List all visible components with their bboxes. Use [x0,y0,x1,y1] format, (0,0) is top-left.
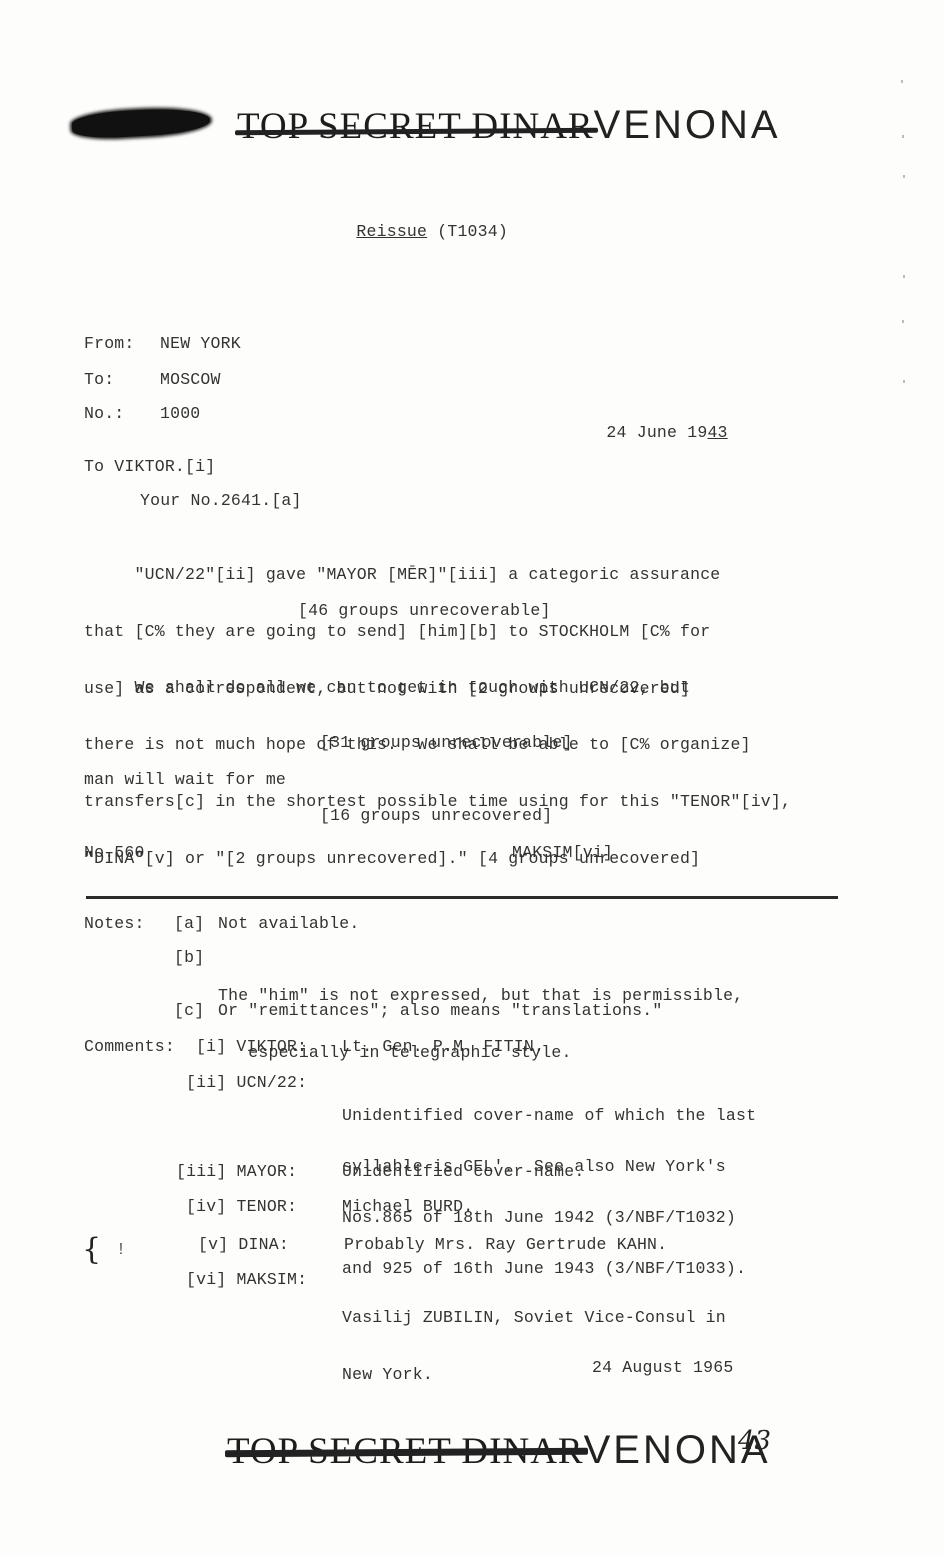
document-page: TOP SECRET DINARVENONA Reissue (T1034) F… [0,0,944,1555]
number-value: 1000 [160,404,200,423]
note-c-text: Or "remittances"; also means "translatio… [218,1001,662,1020]
comment-iii-text: Unidentified cover-name. [342,1162,584,1181]
to-label: To: [84,370,114,389]
divider-rule [86,896,838,899]
struck-classification: TOP SECRET DINAR [227,1430,584,1473]
to-value: MOSCOW [160,370,221,389]
redaction-mark [71,106,210,139]
date-year: 43 [707,423,727,442]
note-a-ref: [a] [174,914,204,933]
notes-label: Notes: [84,914,145,933]
text-line: Vasilij ZUBILIN, Soviet Vice-Consul in [342,1308,726,1327]
margin-bracket-mark: { [82,1232,101,1267]
issue-date: 24 August 1965 [592,1358,733,1377]
scan-speckle [903,175,905,178]
scan-speckle [901,80,903,83]
from-label: From: [84,334,135,353]
text-line: that [C% they are going to send] [him][b… [84,622,720,641]
classification-header: TOP SECRET DINARVENONA [196,60,781,191]
text-line: "DINA"[v] or "[2 groups unrecovered]." [… [84,849,791,868]
comment-i-text: Lt. Gen. P.M. FITIN. [342,1037,544,1056]
venona-classification: VENONA [594,103,781,147]
text-line: Unidentified cover-name of which the las… [342,1107,756,1124]
page-number: 43 [738,1426,771,1456]
gap-note-3: [16 groups unrecovered] [320,806,552,825]
comment-ii-ref: [ii] UCN/22: [186,1073,307,1092]
margin-tick-mark: ! [116,1240,126,1259]
number-label: No.: [84,404,124,423]
text-line: "UCN/22"[ii] gave "MAYOR [MĒR]"[iii] a c… [84,565,720,584]
from-value: NEW YORK [160,334,241,353]
reissue-code: (T1034) [437,222,508,241]
signature: MAKSIM[vi] [512,843,613,862]
text-line: We shall do all we can to get in touch w… [84,678,791,697]
scan-speckle [902,135,904,138]
scan-speckle [902,320,904,323]
reissue-label: Reissue [356,222,427,241]
message-date: 24 June 1943 [566,404,728,461]
gap-note-2: [31 groups unrecoverable] [320,733,573,752]
scan-speckle [903,380,905,383]
reissue-line: Reissue (T1034) [316,203,508,260]
comment-iv-text: Michael BURD. [342,1197,473,1216]
salutation: To VIKTOR.[i] [84,457,215,476]
struck-classification: TOP SECRET DINAR [237,105,594,148]
fragment-line: man will wait for me [84,770,286,789]
classification-footer: TOP SECRET DINARVENONA [186,1385,771,1516]
note-b-ref: [b] [174,948,204,967]
note-a-text: Not available. [218,914,359,933]
note-c-ref: [c] [174,1001,204,1020]
comment-i-ref: [i] VIKTOR: [196,1037,307,1056]
comment-v-ref: [v] DINA: [198,1235,289,1254]
date-prefix: 24 June 19 [606,423,707,442]
serial-number: No.560 [84,843,145,862]
comment-v-text: Probably Mrs. Ray Gertrude KAHN. [344,1235,667,1254]
comment-iii-ref: [iii] MAYOR: [176,1162,297,1181]
gap-note-1: [46 groups unrecoverable] [298,601,551,620]
comment-vi-ref: [vi] MAKSIM: [186,1270,307,1289]
comments-label: Comments: [84,1037,175,1056]
comment-iv-ref: [iv] TENOR: [186,1197,297,1216]
scan-speckle [903,275,905,278]
reference-line: Your No.2641.[a] [140,491,302,510]
